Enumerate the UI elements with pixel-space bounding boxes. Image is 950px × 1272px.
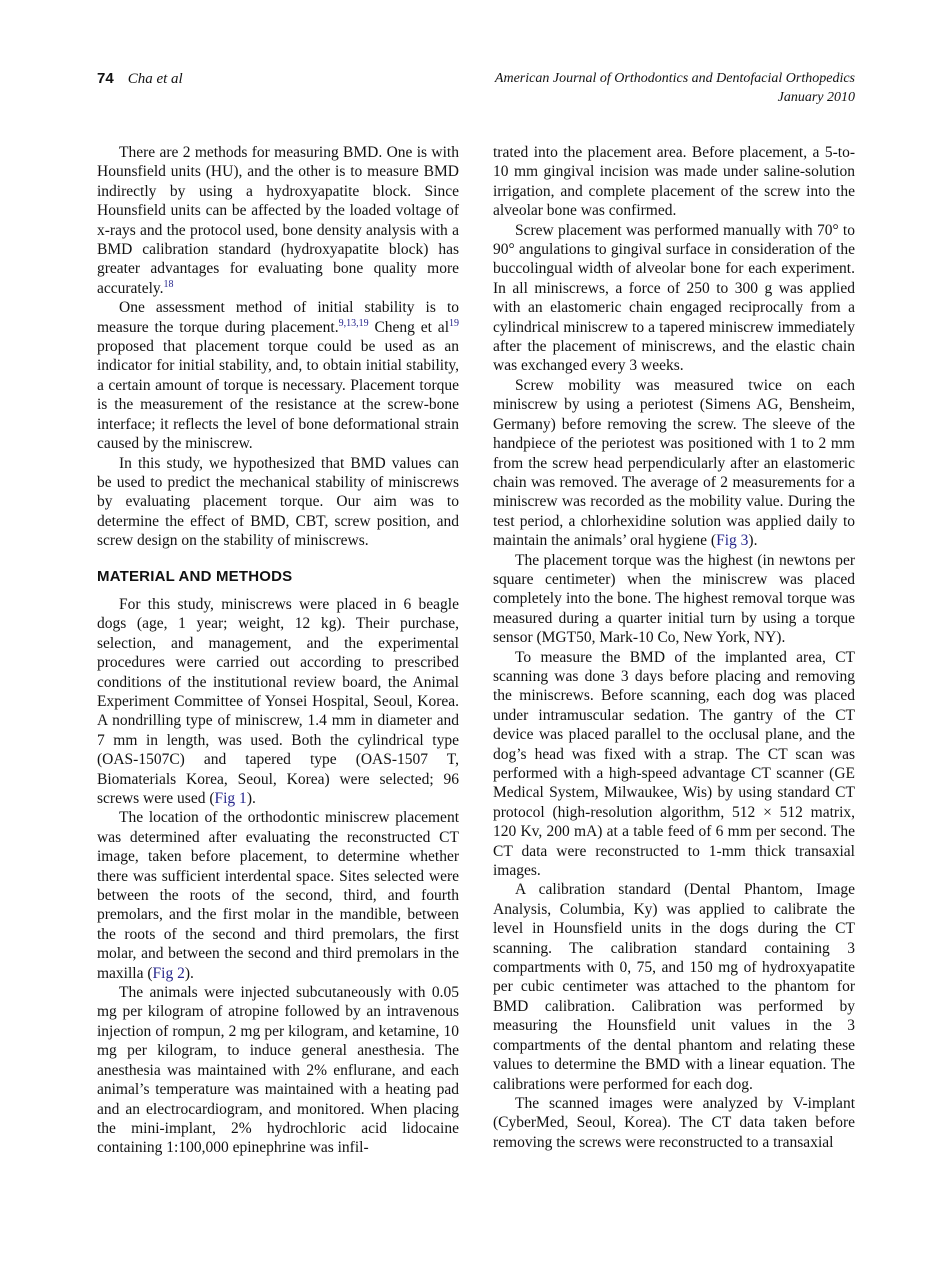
right-column: trated into the placement area. Before p… [493, 143, 855, 1158]
paragraph: The scanned images were analyzed by V-im… [493, 1094, 855, 1152]
running-header: 74 Cha et al American Journal of Orthodo… [97, 70, 855, 107]
section-heading: MATERIAL AND METHODS [97, 567, 459, 586]
paragraph: A calibration standard (Dental Phantom, … [493, 880, 855, 1093]
paragraph: Screw placement was performed manually w… [493, 221, 855, 376]
citation-reference-link[interactable]: 18 [164, 279, 174, 290]
paragraph: Screw mobility was measured twice on eac… [493, 376, 855, 551]
citation-reference-link[interactable]: 9,13,19 [339, 318, 369, 329]
figure-link[interactable]: Fig 2 [153, 965, 185, 982]
page-number: 74 [97, 70, 114, 87]
paragraph: The placement torque was the highest (in… [493, 551, 855, 648]
journal-name: American Journal of Orthodontics and Den… [495, 70, 855, 89]
issue-date: January 2010 [495, 89, 855, 108]
running-head-authors: Cha et al [128, 71, 183, 88]
paragraph: The location of the orthodontic miniscre… [97, 808, 459, 983]
header-left: 74 Cha et al [97, 70, 183, 88]
paragraph: One assessment method of initial stabili… [97, 298, 459, 453]
left-column: There are 2 methods for measuring BMD. O… [97, 143, 459, 1158]
header-right: American Journal of Orthodontics and Den… [495, 70, 855, 107]
paragraph: In this study, we hypothesized that BMD … [97, 454, 459, 551]
figure-link[interactable]: Fig 1 [215, 790, 247, 807]
citation-reference-link[interactable]: 19 [449, 318, 459, 329]
paragraph: For this study, miniscrews were placed i… [97, 595, 459, 808]
figure-link[interactable]: Fig 3 [716, 532, 748, 549]
paragraph: trated into the placement area. Before p… [493, 143, 855, 221]
paragraph: To measure the BMD of the implanted area… [493, 648, 855, 881]
journal-page: 74 Cha et al American Journal of Orthodo… [0, 0, 950, 1272]
article-body: There are 2 methods for measuring BMD. O… [97, 143, 855, 1158]
paragraph: The animals were injected subcutaneously… [97, 983, 459, 1158]
paragraph: There are 2 methods for measuring BMD. O… [97, 143, 459, 298]
